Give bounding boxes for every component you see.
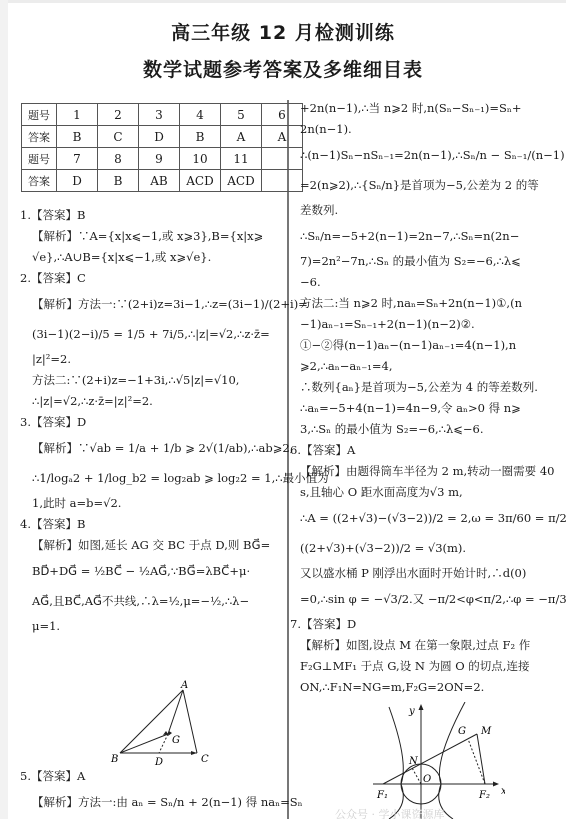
table-header-cell: 答案 [22,126,57,148]
table-cell: 2 [98,104,139,126]
label-C: C [201,754,209,765]
label-G: G [172,735,180,746]
solution-line: 【解析】方法一:由 aₙ = Sₙ/n + 2(n−1) 得 naₙ=Sₙ [20,787,285,817]
label-G: G [458,726,466,737]
table-cell: D [57,170,98,192]
solution-line: =2(n⩾2),∴{Sₙ/n}是首项为−5,公差为 2 的等 [300,170,562,200]
table-header-cell: 答案 [22,170,57,192]
label-B: B [110,754,118,765]
solution-line: −1)aₙ₋₁=Sₙ₋₁+2(n−1)(n−2)②. [300,314,562,335]
table-cell: B [57,126,98,148]
label-O: O [423,774,431,785]
table-cell: 5 [221,104,262,126]
solution-line: F₂G⊥MF₁ 于点 G,设 N 为圆 O 的切点,连接 [300,656,562,677]
table-row: 答案 D B AB ACD ACD [22,170,303,192]
solution-line: =0,∴sin φ = −√3/2.又 −π/2<φ<π/2,∴φ = −π/3… [300,584,562,614]
solution-line: AG⃗,且BC⃗,AG⃗不共线,∴λ=½,μ=−½,∴λ− [20,586,285,616]
solution-line: −6. [300,272,562,293]
solution-line: 7)=2n²−7n,∴Sₙ 的最小值为 S₂=−6,∴λ⩽ [300,251,562,272]
solution-line: μ=1. [20,616,285,637]
answer-table: 题号 1 2 3 4 5 6 答案 B C D B A A 题号 7 8 9 1… [21,103,303,192]
table-row: 题号 7 8 9 10 11 [22,148,303,170]
document-title: 高三年级 12 月检测训练 [0,18,566,45]
solution-line: 1,此时 a=b=√2. [20,493,285,514]
solution-line: 【解析】方法一:∵(2+i)z=3i−1,∴z=(3i−1)/(2+i)= [20,289,285,319]
solution-line: 3,∴Sₙ 的最小值为 S₂=−6,∴λ⩽−6. [300,419,562,440]
label-F1: F₁ [376,790,388,801]
label-x: x [501,786,505,797]
solution-line: ∴aₙ=−5+4(n−1)=4n−9,令 aₙ>0 得 n⩾ [300,398,562,419]
label-N: N [408,756,419,767]
table-cell: 6 [262,104,303,126]
solution-line: ∴(n−1)Sₙ−nSₙ₋₁=2n(n−1),∴Sₙ/n − Sₙ₋₁/(n−1… [300,140,562,170]
table-cell: D [139,126,180,148]
table-cell: A [221,126,262,148]
solution-line: ∴1/logₐ2 + 1/log_b2 = log₂ab ⩾ log₂2 = 1… [20,463,285,493]
table-cell: 1 [57,104,98,126]
triangle-figure: A B C D G [105,678,220,768]
label-y: y [408,706,415,717]
solution-line: √e},∴A∪B={x|x⩽−1,或 x⩾√e}. [20,247,285,268]
answer-heading-5: 5.【答案】A [20,766,285,787]
solution-line: |z|²=2. [20,349,285,370]
answer-heading-6: 6.【答案】A [290,440,562,461]
table-cell: ACD [221,170,262,192]
solution-line: ⩾2,∴aₙ−aₙ₋₁=4, [300,356,562,377]
table-cell: 8 [98,148,139,170]
table-row: 答案 B C D B A A [22,126,303,148]
table-cell: 4 [180,104,221,126]
left-edge [0,0,8,819]
table-cell: A [262,126,303,148]
solution-line: +2n(n−1),∴当 n⩾2 时,n(Sₙ−Sₙ₋₁)=Sₙ+ [300,98,562,119]
solution-line: (3i−1)(2−i)/5 = 1/5 + 7i/5,∴|z|=√2,∴z·z̄… [20,319,285,349]
solution-line: ①−②得(n−1)aₙ−(n−1)aₙ₋₁=4(n−1),n [300,335,562,356]
table-cell [262,170,303,192]
solution-line: ∴A = ((2+√3)−(√3−2))/2 = 2,ω = 3π/60 = π… [300,503,562,533]
solution-line: 【解析】∵A={x|x⩽−1,或 x⩾3},B={x|x⩾ [20,226,285,247]
left-column-bottom: 5.【答案】A 【解析】方法一:由 aₙ = Sₙ/n + 2(n−1) 得 n… [20,766,285,817]
table-cell: 9 [139,148,180,170]
solution-line: s,且轴心 O 距水面高度为√3 m, [300,482,562,503]
solution-line: ((2+√3)+(√3−2))/2 = √3(m). [300,533,562,563]
right-column: +2n(n−1),∴当 n⩾2 时,n(Sₙ−Sₙ₋₁)=Sₙ+ 2n(n−1)… [300,98,562,698]
solution-line: ∴|z|=√2,∴z·z̄=|z|²=2. [20,391,285,412]
watermark: 公众号 · 学小课资源库 [335,806,445,819]
table-cell: 10 [180,148,221,170]
label-F2: F₂ [478,790,490,801]
table-cell: AB [139,170,180,192]
label-M: M [480,726,492,737]
table-cell: B [98,170,139,192]
table-cell [262,148,303,170]
table-row: 题号 1 2 3 4 5 6 [22,104,303,126]
answer-heading-4: 4.【答案】B [20,514,285,535]
solution-line: 【解析】由题得筒车半径为 2 m,转动一圈需要 40 [300,461,562,482]
solution-line: BD⃗+DG⃗ = ½BC⃗ − ½AG⃗,∵BG⃗=λBC⃗+μ· [20,556,285,586]
solution-line: 【解析】如图,设点 M 在第一象限,过点 F₂ 作 [300,635,562,656]
solution-line: 方法二:∵(2+i)z=−1+3i,∴√5|z|=√10, [20,370,285,391]
answer-heading-7: 7.【答案】D [290,614,562,635]
solution-line: 差数列. [300,200,562,221]
solution-line: ON,∴F₁N=NG=m,F₂G=2ON=2. [300,677,562,698]
answer-heading-1: 1.【答案】B [20,205,285,226]
left-column: 1.【答案】B 【解析】∵A={x|x⩽−1,或 x⩾3},B={x|x⩾ √e… [20,205,285,637]
solution-line: 2n(n−1). [300,119,562,140]
solution-line: 方法二:当 n⩾2 时,naₙ=Sₙ+2n(n−1)①,(n [300,293,562,314]
solution-line: 【解析】如图,延长 AG 交 BC 于点 D,则 BG⃗= [20,535,285,556]
table-cell: 7 [57,148,98,170]
table-cell: 3 [139,104,180,126]
solution-line: ∴数列{aₙ}是首项为−5,公差为 4 的等差数列. [300,377,562,398]
document-subtitle: 数学试题参考答案及多维细目表 [0,55,566,82]
solution-line: 又以盛水桶 P 刚浮出水面时开始计时,∴d(0) [300,563,562,584]
answer-heading-3: 3.【答案】D [20,412,285,433]
table-header-cell: 题号 [22,104,57,126]
table-cell: 11 [221,148,262,170]
top-edge [0,0,566,3]
table-cell: B [180,126,221,148]
solution-line: 【解析】∵√ab = 1/a + 1/b ⩾ 2√(1/ab),∴ab⩾2, [20,433,285,463]
table-cell: C [98,126,139,148]
label-A: A [180,680,188,691]
table-header-cell: 题号 [22,148,57,170]
solution-line: ∴Sₙ/n=−5+2(n−1)=2n−7,∴Sₙ=n(2n− [300,221,562,251]
hyperbola-figure: y x O F₁ F₂ G M N [365,702,505,819]
answer-heading-2: 2.【答案】C [20,268,285,289]
table-cell: ACD [180,170,221,192]
